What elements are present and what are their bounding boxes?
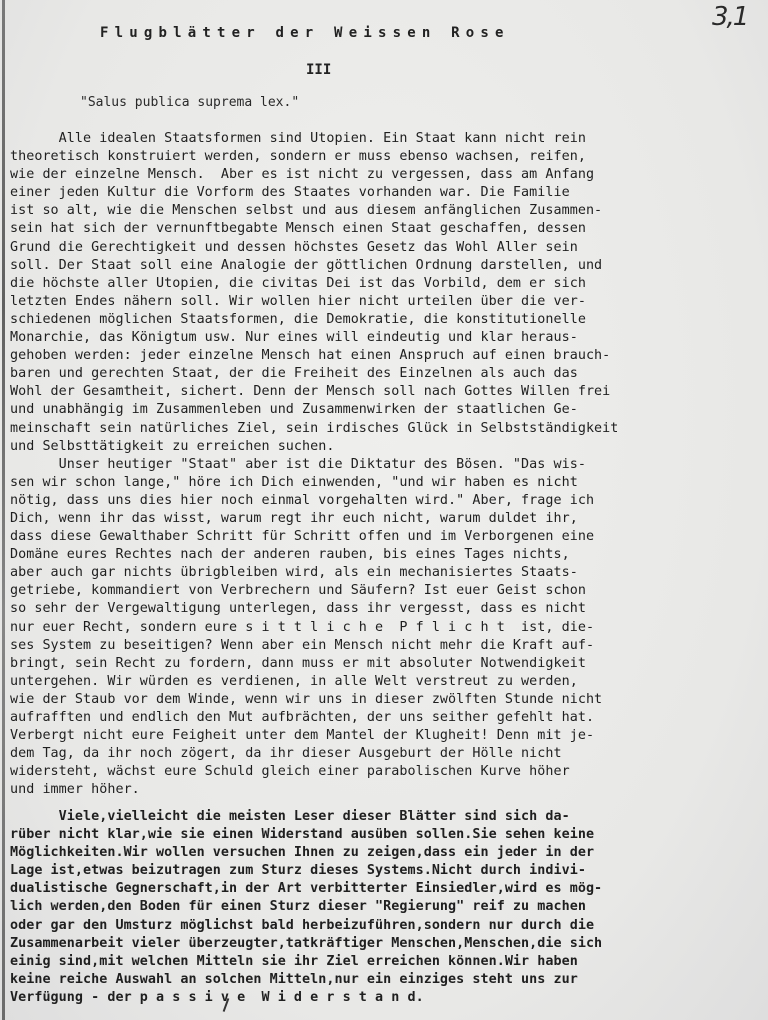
text-line: Grund die Gerechtigkeit und dessen höchs…	[10, 239, 760, 257]
text-line: und Selbsttätigkeit zu erreichen suchen.	[10, 438, 760, 456]
text-line: und immer höher.	[10, 781, 760, 799]
text-line: letzten Endes nähern soll. Wir wollen hi…	[10, 293, 760, 311]
text-line: soll. Der Staat soll eine Analogie der g…	[10, 257, 760, 275]
text-line: nur euer Recht, sondern eure s i t t l i…	[10, 619, 760, 637]
text-line: so sehr der Vergewaltigung unterlegen, d…	[10, 600, 760, 618]
handwritten-page-number: 3,1	[712, 2, 747, 32]
body-text-section-2: Viele,vielleicht die meisten Leser diese…	[10, 808, 760, 1007]
text-line: Wohl der Gesamtheit, sichert. Denn der M…	[10, 383, 760, 401]
text-line: getriebe, kommandiert von Verbrechern un…	[10, 582, 760, 600]
text-line: einig sind,mit welchen Mitteln sie ihr Z…	[10, 953, 760, 971]
text-line: keine reiche Auswahl an solchen Mitteln,…	[10, 971, 760, 989]
text-line: nötig, dass uns dies hier noch einmal vo…	[10, 492, 760, 510]
text-line: schiedenen möglichen Staatsformen, die D…	[10, 311, 760, 329]
text-line: Alle idealen Staatsformen sind Utopien. …	[10, 130, 760, 148]
text-line: theoretisch konstruiert werden, sondern …	[10, 148, 760, 166]
text-line: Monarchie, das Königtum usw. Nur eines w…	[10, 329, 760, 347]
text-line: lich werden,den Boden für einen Sturz di…	[10, 898, 760, 916]
text-line: bringt, sein Recht zu fordern, dann muss…	[10, 655, 760, 673]
text-line: gehoben werden: jeder einzelne Mensch ha…	[10, 347, 760, 365]
text-line: aber auch gar nichts übrigbleiben wird, …	[10, 564, 760, 582]
text-line: Lage ist,etwas beizutragen zum Sturz die…	[10, 862, 760, 880]
leaflet-number: III	[306, 62, 331, 78]
text-line: meinschaft sein natürliches Ziel, sein i…	[10, 420, 760, 438]
text-line: wie der einzelne Mensch. Aber es ist nic…	[10, 166, 760, 184]
body-text-section-1: Alle idealen Staatsformen sind Utopien. …	[10, 130, 760, 799]
text-line: ses System zu beseitigen? Wenn aber ein …	[10, 637, 760, 655]
text-line: rüber nicht klar,wie sie einen Widerstan…	[10, 826, 760, 844]
text-line: ist so alt, wie die Menschen selbst und …	[10, 202, 760, 220]
text-line: Dich, wenn ihr das wisst, warum regt ihr…	[10, 510, 760, 528]
document-title: Flugblätter der Weissen Rose	[100, 25, 510, 41]
text-line: wie der Staub vor dem Winde, wenn wir un…	[10, 691, 760, 709]
text-line: Verbergt nicht eure Feigheit unter dem M…	[10, 727, 760, 745]
text-line: dualistische Gegnerschaft,in der Art ver…	[10, 880, 760, 898]
text-line: aufrafften und endlich den Mut aufbrächt…	[10, 709, 760, 727]
text-line: sen wir schon lange," höre ich Dich einw…	[10, 474, 760, 492]
page-edge-shadow	[2, 0, 5, 1020]
text-line: Zusammenarbeit vieler überzeugter,tatkrä…	[10, 935, 760, 953]
document-page: 3,1 Flugblätter der Weissen Rose III "Sa…	[0, 0, 768, 1020]
text-line: oder gar den Umsturz möglichst bald herb…	[10, 917, 760, 935]
text-line: Unser heutiger "Staat" aber ist die Dikt…	[10, 456, 760, 474]
text-line: dem Tag, da ihr noch zögert, da ihr dies…	[10, 745, 760, 763]
text-line: widersteht, wächst eure Schuld gleich ei…	[10, 763, 760, 781]
text-line: Viele,vielleicht die meisten Leser diese…	[10, 808, 760, 826]
text-line: baren und gerechten Staat, der die Freih…	[10, 365, 760, 383]
text-line: die höchste aller Utopien, die civitas D…	[10, 275, 760, 293]
text-line: untergehen. Wir würden es verdienen, in …	[10, 673, 760, 691]
text-line: Domäne eures Rechtes nach der anderen ra…	[10, 546, 760, 564]
text-line: Verfügung - der p a s s i v e W i d e r …	[10, 989, 760, 1007]
text-line: einer jeden Kultur die Vorform des Staat…	[10, 184, 760, 202]
text-line: dass diese Gewalthaber Schritt für Schri…	[10, 528, 760, 546]
motto: "Salus publica suprema lex."	[80, 95, 299, 110]
text-line: Möglichkeiten.Wir wollen versuchen Ihnen…	[10, 844, 760, 862]
text-line: und unabhängig im Zusammenleben und Zusa…	[10, 401, 760, 419]
text-line: sein hat sich der vernunftbegabte Mensch…	[10, 220, 760, 238]
